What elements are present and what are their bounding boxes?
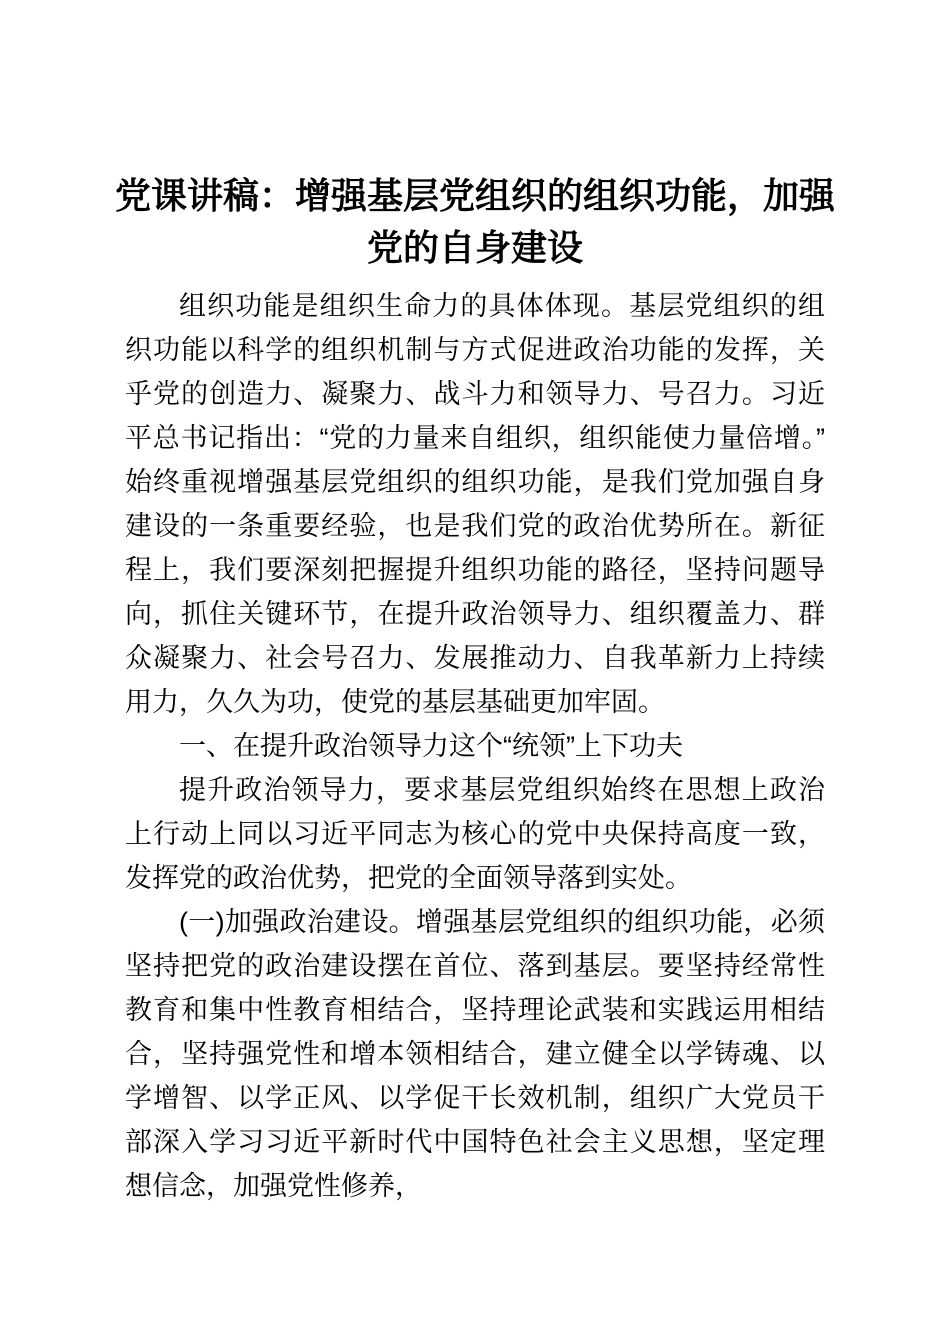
paragraph-political-construction: (一)加强政治建设。增强基层党组织的组织功能，必须坚持把党的政治建设摆在首位、落… — [125, 900, 825, 1208]
document-title: 党课讲稿：增强基层党组织的组织功能，加强 党的自身建设 — [95, 170, 855, 274]
document-title-line-2: 党的自身建设 — [95, 222, 855, 274]
document-body: 组织功能是组织生命力的具体体现。基层党组织的组织功能以科学的组织机制与方式促进政… — [125, 284, 825, 1208]
document-title-line-1: 党课讲稿：增强基层党组织的组织功能，加强 — [95, 170, 855, 222]
document-page: 党课讲稿：增强基层党组织的组织功能，加强 党的自身建设 组织功能是组织生命力的具… — [0, 0, 950, 1344]
paragraph-political-leadership: 提升政治领导力，要求基层党组织始终在思想上政治上行动上同以习近平同志为核心的党中… — [125, 768, 825, 900]
section-heading-political-leadership: 一、在提升政治领导力这个“统领”上下功夫 — [125, 724, 825, 768]
paragraph-intro-organization-function: 组织功能是组织生命力的具体体现。基层党组织的组织功能以科学的组织机制与方式促进政… — [125, 284, 825, 724]
